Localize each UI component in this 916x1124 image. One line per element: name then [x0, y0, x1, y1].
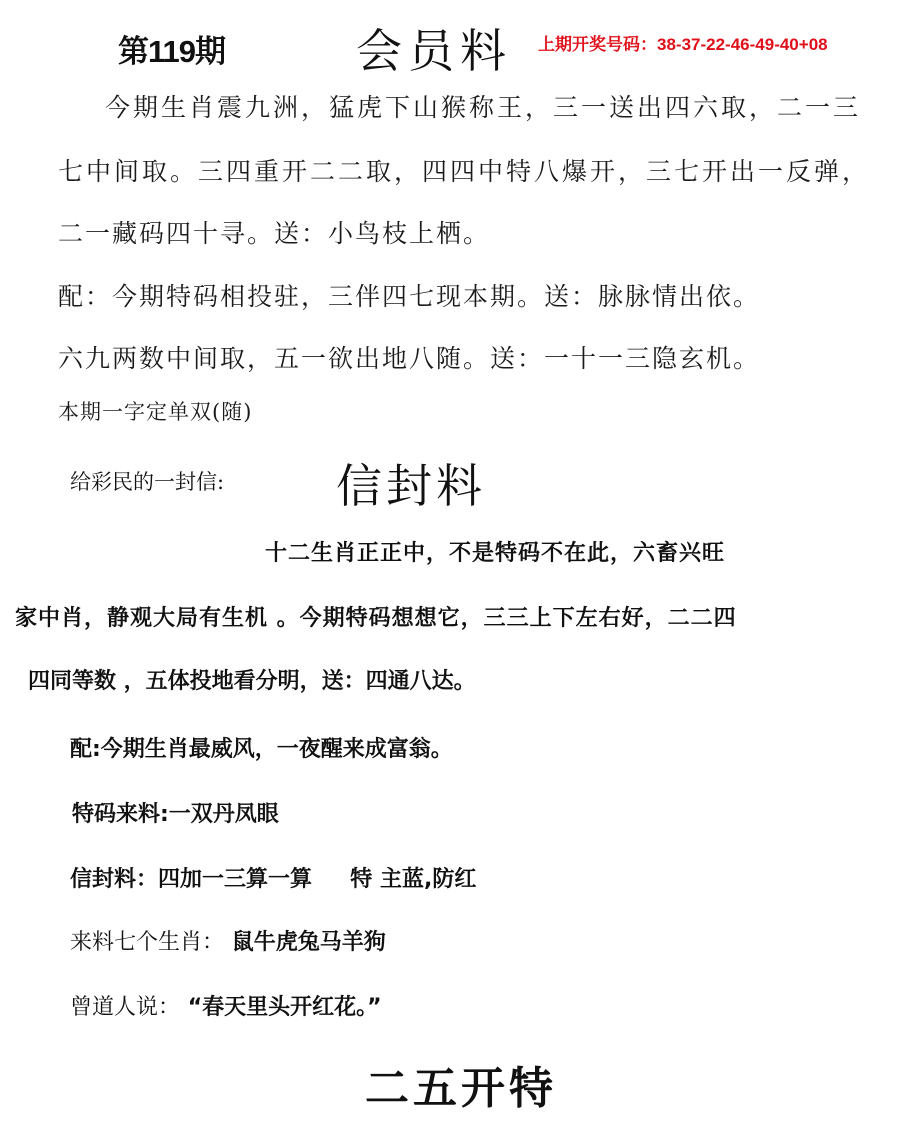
letter-line-4: 配:今期生肖最威风，一夜醒来成富翁。: [70, 732, 453, 763]
member-line-3: 二一藏码四十寻。送：小鸟枝上栖。: [58, 214, 490, 250]
member-line-6: 本期一字定单双(随): [58, 396, 252, 426]
letter-line-5: 特码来料:一双丹凤眼: [72, 797, 279, 828]
quote-line: 曾道人说： “春天里头开红花。”: [70, 990, 382, 1021]
letter-line-3: 四同等数 ，五体投地看分明，送：四通八达。: [28, 664, 476, 695]
letter-line-6: 信封料：四加一三算一算 特 主蓝,防红: [70, 862, 476, 893]
issue-number: 第119期: [118, 26, 225, 71]
member-line-4: 配：今期特码相投驻，三伴四七现本期。送：脉脉情出依。: [58, 277, 760, 313]
letter-label: 给彩民的一封信:: [70, 466, 224, 496]
quote-value: “春天里头开红花。”: [188, 995, 382, 1020]
member-line-1: 今期生肖震九洲，猛虎下山猴称王，三一送出四六取，二一三: [105, 88, 861, 124]
zodiac-value: 鼠牛虎兔马羊狗: [232, 930, 386, 955]
letter-line-1: 十二生肖正正中，不是特码不在此，六畜兴旺: [265, 536, 725, 567]
last-draw-numbers: 上期开奖号码：38-37-22-46-49-40+08: [538, 30, 828, 55]
zodiac-line: 来料七个生肖： 鼠牛虎兔马羊狗: [70, 925, 386, 956]
final-prediction: 二五开特: [365, 1052, 557, 1116]
page-title: 会员料: [356, 15, 512, 81]
zodiac-label: 来料七个生肖：: [70, 930, 224, 955]
letter-title: 信封料: [336, 450, 486, 516]
quote-label: 曾道人说：: [70, 995, 180, 1020]
member-line-5: 六九两数中间取，五一欲出地八随。送：一十一三隐玄机。: [58, 339, 760, 375]
letter-line-2: 家中肖，静观大局有生机 。今期特码想想它，三三上下左右好，二二四: [15, 601, 737, 632]
member-line-2: 七中间取。三四重开二二取，四四中特八爆开，三七开出一反弹，: [58, 152, 870, 188]
